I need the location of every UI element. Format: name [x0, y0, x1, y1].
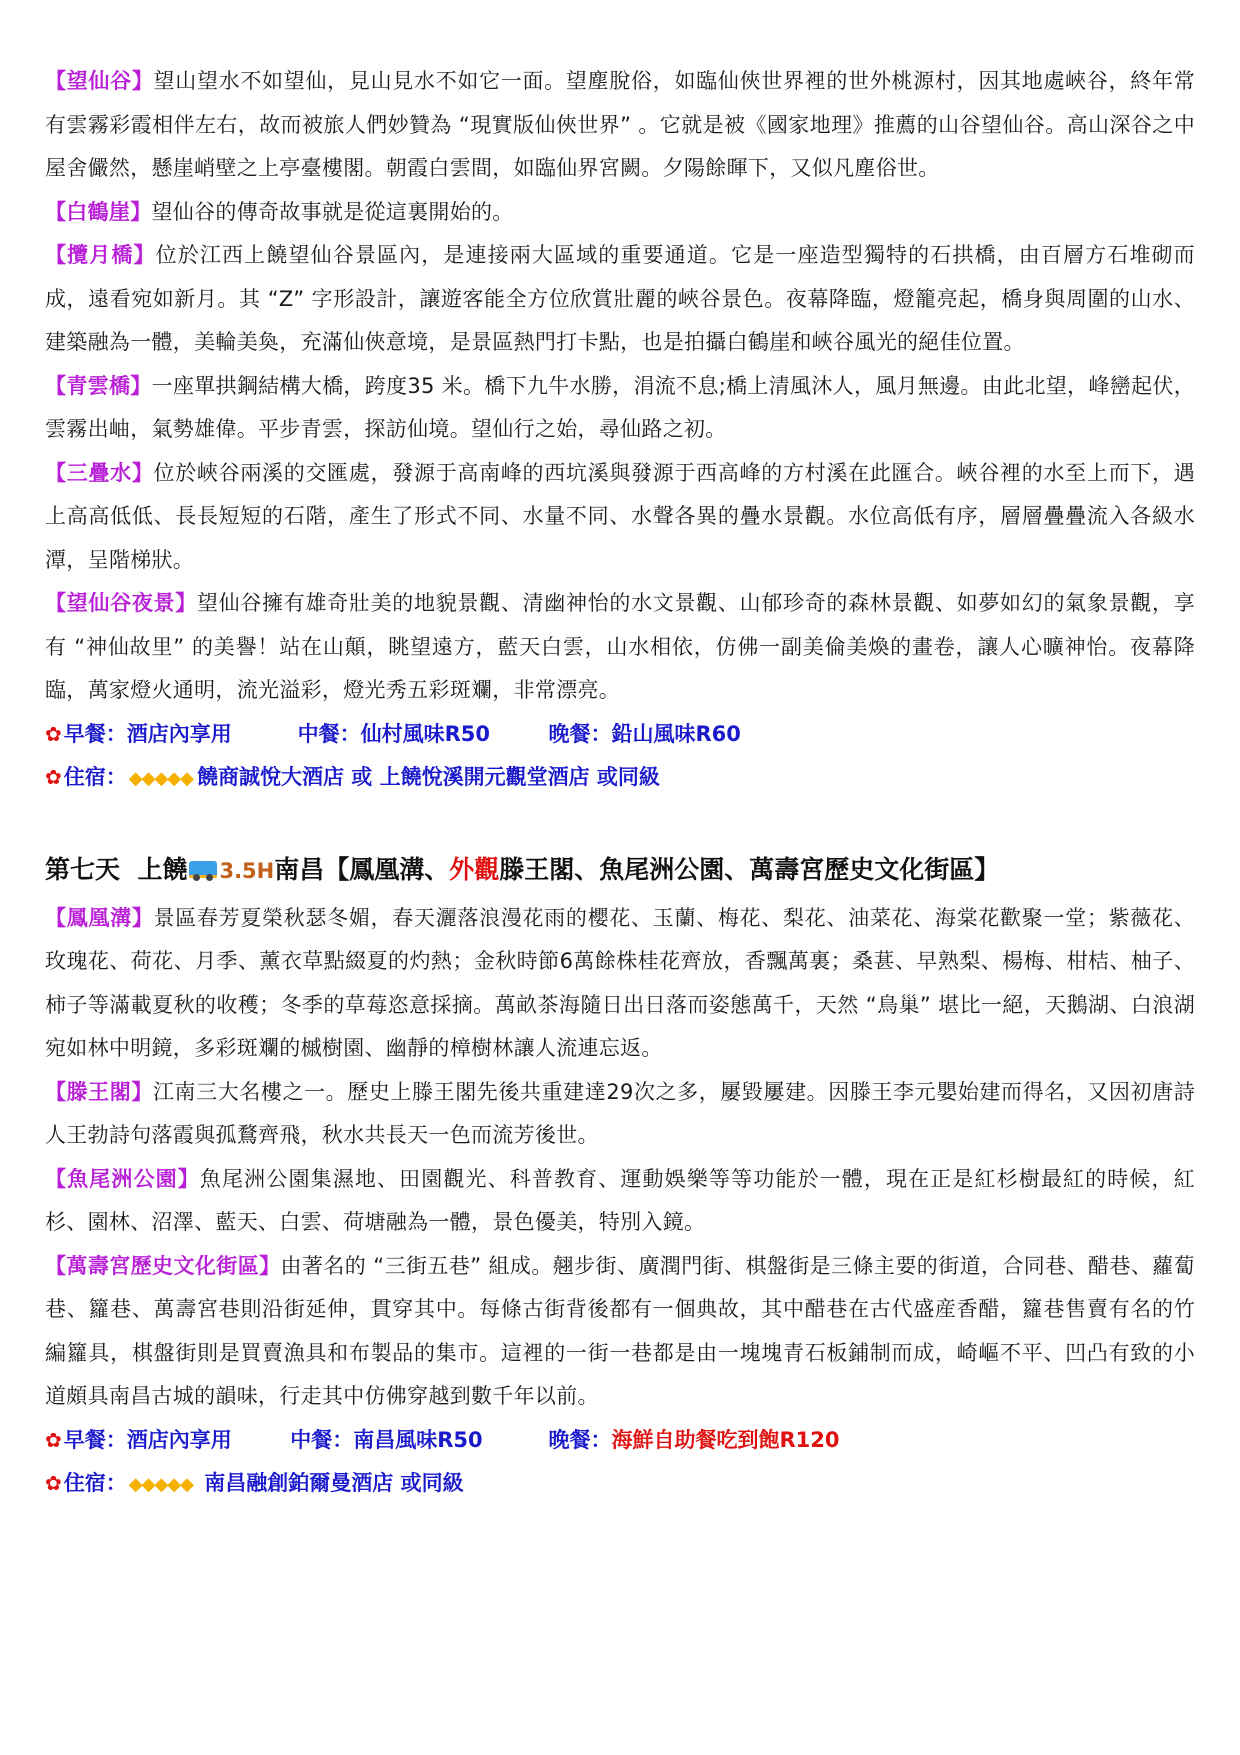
dinner: 晚餐：鉛山風味R60	[548, 722, 740, 746]
day7-title: 第七天 上饒3.5H南昌【鳳凰溝、外觀滕王閣、魚尾洲公園、萬壽宮歷史文化街區】	[45, 844, 1195, 897]
attraction-text: 景區春芳夏榮秋瑟冬媚，春天灑落浪漫花雨的櫻花、玉蘭、梅花、梨花、油菜花、海棠花歡…	[45, 906, 1195, 1061]
lodging-label: 住宿：	[64, 1471, 127, 1495]
dinner-label: 晚餐：	[548, 1428, 611, 1452]
flower-icon: ✿	[45, 1428, 62, 1452]
travel-duration: 3.5H	[219, 859, 274, 883]
day7-meals: ✿早餐：酒店內享用 中餐：南昌風味R50 晚餐：海鮮自助餐吃到飽R120	[45, 1419, 1195, 1463]
lunch: 中餐：仙村風味R50	[298, 722, 490, 746]
attraction-tengwang-pavilion: 【滕王閣】江南三大名樓之一。歷史上滕王閣先後共重建達29次之多，屢毀屢建。因滕王…	[45, 1071, 1195, 1158]
attraction-lanyue-bridge: 【攬月橋】位於江西上饒望仙谷景區內，是連接兩大區域的重要通道。它是一座造型獨特的…	[45, 234, 1195, 365]
diamond-rating-icon: ◆◆◆◆◆	[129, 768, 193, 789]
attraction-qingyun-bridge: 【青雲橋】一座單拱鋼結構大橋，跨度35 米。橋下九牛水勝，涓流不息;橋上清風沐人…	[45, 365, 1195, 452]
attraction-fenghuang-valley: 【鳳凰溝】景區春芳夏榮秋瑟冬媚，春天灑落浪漫花雨的櫻花、玉蘭、梅花、梨花、油菜花…	[45, 897, 1195, 1071]
flower-icon: ✿	[45, 765, 62, 789]
attraction-yuweizhou-park: 【魚尾洲公園】魚尾洲公園集濕地、田園觀光、科普教育、運動娛樂等等功能於一體，現在…	[45, 1158, 1195, 1245]
attraction-text: 位於江西上饒望仙谷景區內，是連接兩大區域的重要通道。它是一座造型獨特的石拱橋，由…	[45, 243, 1195, 354]
from-city: 上饒	[137, 855, 187, 884]
attraction-tag: 【白鶴崖】	[45, 200, 152, 224]
hotel-name: 南昌融創鉑爾曼酒店 或同級	[204, 1471, 463, 1495]
attraction-tag: 【攬月橋】	[45, 243, 156, 267]
breakfast: 早餐：酒店內享用	[64, 722, 232, 746]
attraction-baihe-cliff: 【白鶴崖】望仙谷的傳奇故事就是從這裏開始的。	[45, 191, 1195, 235]
attraction-tag: 【三疊水】	[45, 461, 154, 485]
attraction-tag: 【鳳凰溝】	[45, 906, 154, 930]
attraction-sandie-water: 【三疊水】位於峽谷兩溪的交匯處，發源于高南峰的西坑溪與發源于西高峰的方村溪在此匯…	[45, 452, 1195, 583]
attraction-text: 魚尾洲公園集濕地、田園觀光、科普教育、運動娛樂等等功能於一體，現在正是紅杉樹最紅…	[45, 1167, 1195, 1235]
attraction-text: 望仙谷擁有雄奇壯美的地貌景觀、清幽神怡的水文景觀、山郁珍奇的森林景觀、如夢如幻的…	[45, 591, 1195, 702]
attraction-text: 位於峽谷兩溪的交匯處，發源于高南峰的西坑溪與發源于西高峰的方村溪在此匯合。峽谷裡…	[45, 461, 1195, 572]
day7-lodging: ✿住宿：◆◆◆◆◆ 南昌融創鉑爾曼酒店 或同級	[45, 1462, 1195, 1507]
attraction-text: 一座單拱鋼結構大橋，跨度35 米。橋下九牛水勝，涓流不息;橋上清風沐人，風月無邊…	[45, 374, 1195, 442]
attraction-tag: 【魚尾洲公園】	[45, 1167, 200, 1191]
day6-meals: ✿早餐：酒店內享用 中餐：仙村風味R50 晚餐：鉛山風味R60	[45, 713, 1195, 757]
spacer	[45, 801, 1195, 844]
flower-icon: ✿	[45, 722, 62, 746]
exterior-note: 外觀	[449, 855, 499, 884]
attraction-night-view: 【望仙谷夜景】望仙谷擁有雄奇壯美的地貌景觀、清幽神怡的水文景觀、山郁珍奇的森林景…	[45, 582, 1195, 713]
attraction-wangxiangu: 【望仙谷】望山望水不如望仙，見山見水不如它一面。望塵脫俗，如臨仙俠世界裡的世外桃…	[45, 60, 1195, 191]
attraction-tag: 【萬壽宮歷史文化街區】	[45, 1254, 281, 1278]
attraction-tag: 【望仙谷】	[45, 69, 154, 93]
attraction-wanshou-palace: 【萬壽宮歷史文化街區】由著名的 “三街五巷” 組成。翹步街、廣潤門街、棋盤街是三…	[45, 1245, 1195, 1419]
attraction-tag: 【望仙谷夜景】	[45, 591, 197, 615]
attraction-tag: 【滕王閣】	[45, 1080, 153, 1104]
attraction-text: 望山望水不如望仙，見山見水不如它一面。望塵脫俗，如臨仙俠世界裡的世外桃源村，因其…	[45, 69, 1195, 180]
bus-icon	[189, 859, 217, 881]
lunch: 中餐：南昌風味R50	[290, 1428, 482, 1452]
to-city: 南昌【鳳凰溝、	[274, 855, 449, 884]
title-rest: 滕王閣、魚尾洲公園、萬壽宮歷史文化街區】	[499, 855, 999, 884]
breakfast: 早餐：酒店內享用	[64, 1428, 232, 1452]
attraction-text: 江南三大名樓之一。歷史上滕王閣先後共重建達29次之多，屢毀屢建。因滕王李元嬰始建…	[45, 1080, 1195, 1148]
day-number: 第七天	[45, 855, 120, 884]
itinerary-page: 【望仙谷】望山望水不如望仙，見山見水不如它一面。望塵脫俗，如臨仙俠世界裡的世外桃…	[45, 60, 1195, 1507]
attraction-text: 望仙谷的傳奇故事就是從這裏開始的。	[152, 200, 514, 224]
day6-lodging: ✿住宿：◆◆◆◆◆饒商誠悅大酒店 或 上饒悅溪開元觀堂酒店 或同級	[45, 756, 1195, 801]
diamond-rating-icon: ◆◆◆◆◆	[129, 1474, 193, 1495]
hotel-name: 饒商誠悅大酒店 或 上饒悅溪開元觀堂酒店 或同級	[197, 765, 660, 789]
flower-icon: ✿	[45, 1471, 62, 1495]
dinner-value: 海鮮自助餐吃到飽R120	[611, 1428, 839, 1452]
lodging-label: 住宿：	[64, 765, 127, 789]
attraction-tag: 【青雲橋】	[45, 374, 152, 398]
